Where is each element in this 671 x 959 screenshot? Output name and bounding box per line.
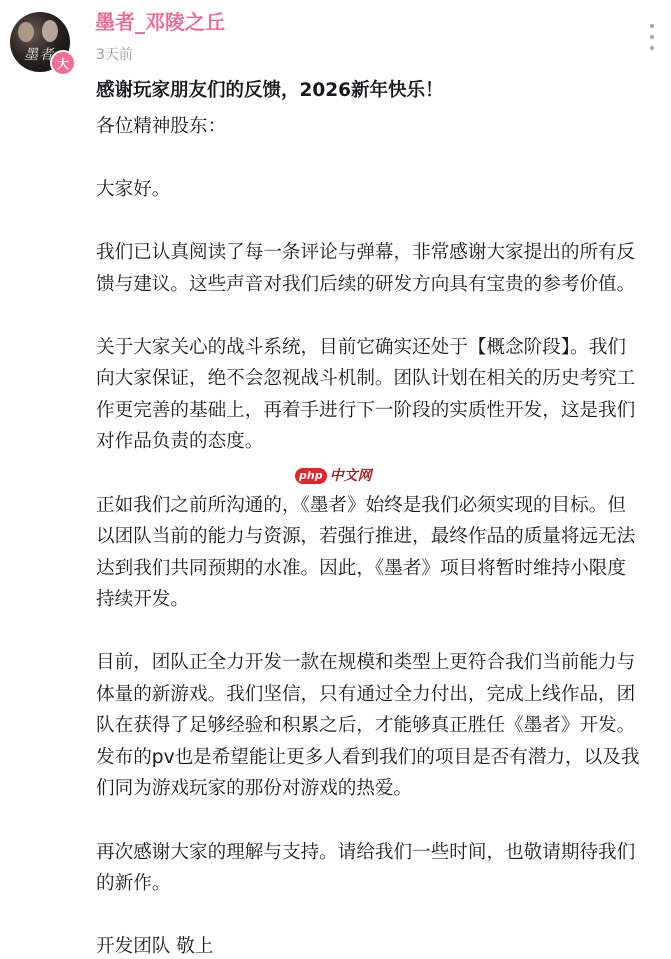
text-line: 关于大家关心的战斗系统，目前它确实还处于【概念阶段】。我们 [96,332,656,364]
text-line: 发布的pv也是希望能让更多人看到我们的项目是否有潜力，以及我 [96,742,656,774]
text-line: 的新作。 [96,868,656,900]
text-line: 以团队当前的能力与资源，若强行推进，最终作品的质量将远无法 [96,521,656,553]
text-line: 开发团队 敬上 [96,931,656,959]
text-line: 正如我们之前所沟通的，《墨者》始终是我们必须实现的目标。但 [96,490,656,522]
text-line: 达到我们共同预期的水准。因此，《墨者》项目将暂时维持小限度 [96,553,656,585]
text-line: 我们已认真阅读了每一条评论与弹幕，非常感谢大家提出的所有反 [96,237,656,269]
more-options-icon[interactable] [645,24,659,50]
paragraph-goal: 正如我们之前所沟通的，《墨者》始终是我们必须实现的目标。但 以团队当前的能力与资… [96,490,656,616]
dot [650,35,654,39]
watermark: php 中文网 [295,468,372,484]
post-timestamp: 3天前 [96,46,133,64]
paragraph-combat: 关于大家关心的战斗系统，目前它确实还处于【概念阶段】。我们 向大家保证，绝不会忽… [96,332,656,458]
paragraph-thanks: 我们已认真阅读了每一条评论与弹幕，非常感谢大家提出的所有反 馈与建议。这些声音对… [96,237,656,300]
text-line: 目前，团队正全力开发一款在规模和类型上更符合我们当前能力与 [96,647,656,679]
avatar-figure [18,22,34,42]
dot [650,46,654,50]
text-line: 体量的新游戏。我们坚信，只有通过全力付出，完成上线作品，团 [96,679,656,711]
text-line: 持续开发。 [96,584,656,616]
text-line: 大家好。 [96,174,656,206]
post-title: 感谢玩家朋友们的反馈，2026新年快乐！ [96,78,444,104]
text-line: 队在获得了足够经验和积累之后，才能够真正胜任《墨者》开发。 [96,710,656,742]
text-line: 对作品负责的态度。 [96,426,656,458]
paragraph-hello: 大家好。 [96,174,656,206]
post-body: 各位精神股东： 大家好。 我们已认真阅读了每一条评论与弹幕，非常感谢大家提出的所… [96,111,656,959]
dot [650,24,654,28]
text-line: 再次感谢大家的理解与支持。请给我们一些时间，也敬请期待我们 [96,837,656,869]
watermark-text: 中文网 [330,468,372,484]
text-line: 作更完善的基础上，再着手进行下一阶段的实质性开发，这是我们 [96,395,656,427]
text-line: 各位精神股东： [96,111,656,143]
php-logo-icon: php [295,468,327,484]
paragraph-signature: 开发团队 敬上 [96,931,656,959]
author-name[interactable]: 墨者_邓陵之丘 [95,9,225,35]
paragraph-closing: 再次感谢大家的理解与支持。请给我们一些时间，也敬请期待我们 的新作。 [96,837,656,900]
avatar-figure [42,20,58,42]
paragraph-new-game: 目前，团队正全力开发一款在规模和类型上更符合我们当前能力与 体量的新游戏。我们坚… [96,647,656,805]
paragraph-greeting: 各位精神股东： [96,111,656,143]
text-line: 们同为游戏玩家的那份对游戏的热爱。 [96,773,656,805]
text-line: 馈与建议。这些声音对我们后续的研发方向具有宝贵的参考价值。 [96,269,656,301]
text-line: 向大家保证，绝不会忽视战斗机制。团队计划在相关的历史考究工 [96,363,656,395]
vip-badge-icon: 大 [50,50,76,76]
